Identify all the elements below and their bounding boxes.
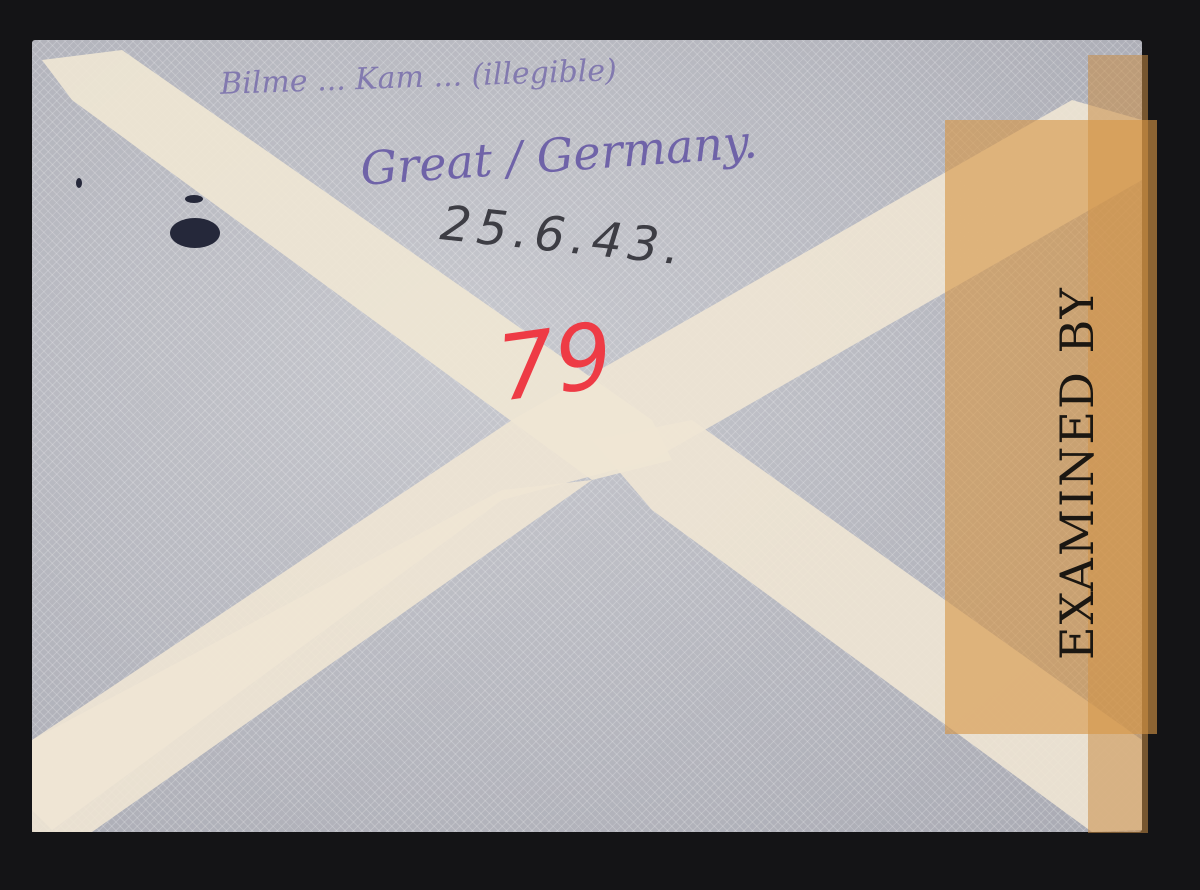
ink-blot [185, 195, 203, 203]
ink-blot [170, 218, 220, 248]
censor-number-mark: 79 [491, 303, 619, 423]
censor-tape-label: EXAMINED BY [1050, 286, 1104, 660]
ink-blot [76, 178, 82, 188]
